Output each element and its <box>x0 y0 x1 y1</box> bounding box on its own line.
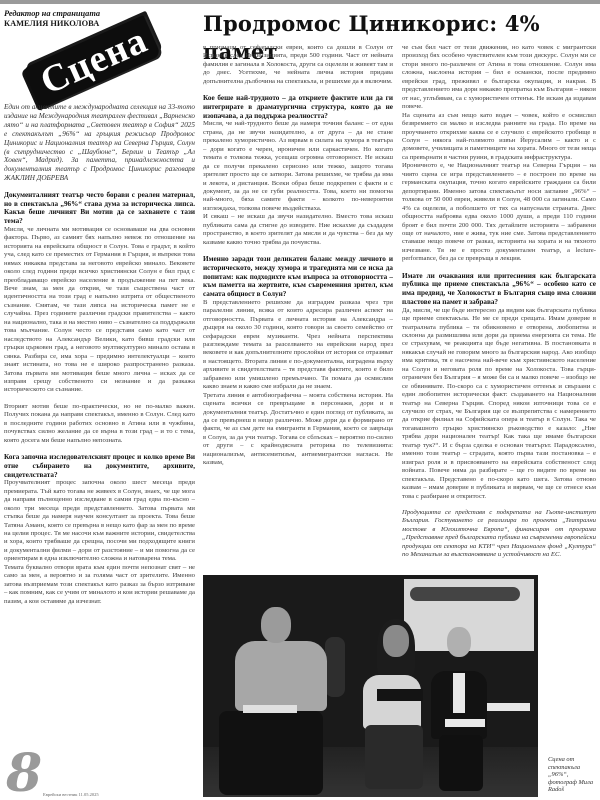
paragraph: че съм бил част от тези движения, но кат… <box>402 44 596 112</box>
paragraph: Темата буквално отвори врата към един по… <box>4 564 195 606</box>
photo-caption: Сцена от спектакъла „96%“, фотограф Мила… <box>548 756 598 794</box>
interview-question: Имате ли очаквания или притеснения как б… <box>402 272 596 307</box>
paragraph: Третата линия е автобиографична – моята … <box>203 392 393 468</box>
article-photo <box>203 575 538 797</box>
editor-role: Редактор на страницата <box>4 9 194 19</box>
paragraph: На сцената аз съм нещо като водач – чове… <box>402 112 596 163</box>
footer-publication-info: Еврейски вестник 11.05.2025 <box>43 792 99 797</box>
interview-question: Именно заради този деликатен баланс межд… <box>203 255 393 299</box>
page-editor-credit: Редактор на страницата КАМЕЛИЯ НИКОЛОВА <box>4 9 194 29</box>
article-intro: Един от акцентите в международната селек… <box>4 103 195 183</box>
page-number: 8 <box>6 748 42 800</box>
actor-1 <box>219 711 323 795</box>
paragraph: в признаци от сефарадски евреи, които са… <box>203 44 393 86</box>
interview-question: Документалният театър често борави с реа… <box>4 191 195 226</box>
background-figure <box>325 637 345 697</box>
paragraph: Мисля, че личната ми мотивация се основа… <box>4 226 195 395</box>
top-rule <box>0 0 600 4</box>
editor-name: КАМЕЛИЯ НИКОЛОВА <box>4 19 194 29</box>
article-column-2: в признаци от сефарадски евреи, които са… <box>203 44 393 571</box>
paragraph: Да, мисля, че ще бъде интересно да видим… <box>402 307 596 501</box>
paragraph: И сякаш – не искаш да звучи назидателно.… <box>203 213 393 247</box>
paragraph: Проучвателният процес започна около шест… <box>4 479 195 564</box>
paragraph: Ироничното е, че Националният театър на … <box>402 162 596 263</box>
paragraph: Вторият мотив беше по-практически, но не… <box>4 403 195 445</box>
section-logo: Сцена <box>18 30 168 94</box>
interview-question: Кое беше най-трудното – да откриете факт… <box>203 94 393 120</box>
interview-question: Кога започна изследователският процес и … <box>4 453 195 479</box>
article-column-3: че съм бил част от тези движения, но кат… <box>402 44 596 571</box>
paragraph: В представлението решихме да изградим ра… <box>203 299 393 392</box>
article-column-1: Документалният театър често борави с реа… <box>4 183 195 743</box>
paragraph: Продукцията се представя с подкрепата на… <box>402 509 596 560</box>
paragraph: Мисля, че най-трудното беше да намеря то… <box>203 120 393 213</box>
